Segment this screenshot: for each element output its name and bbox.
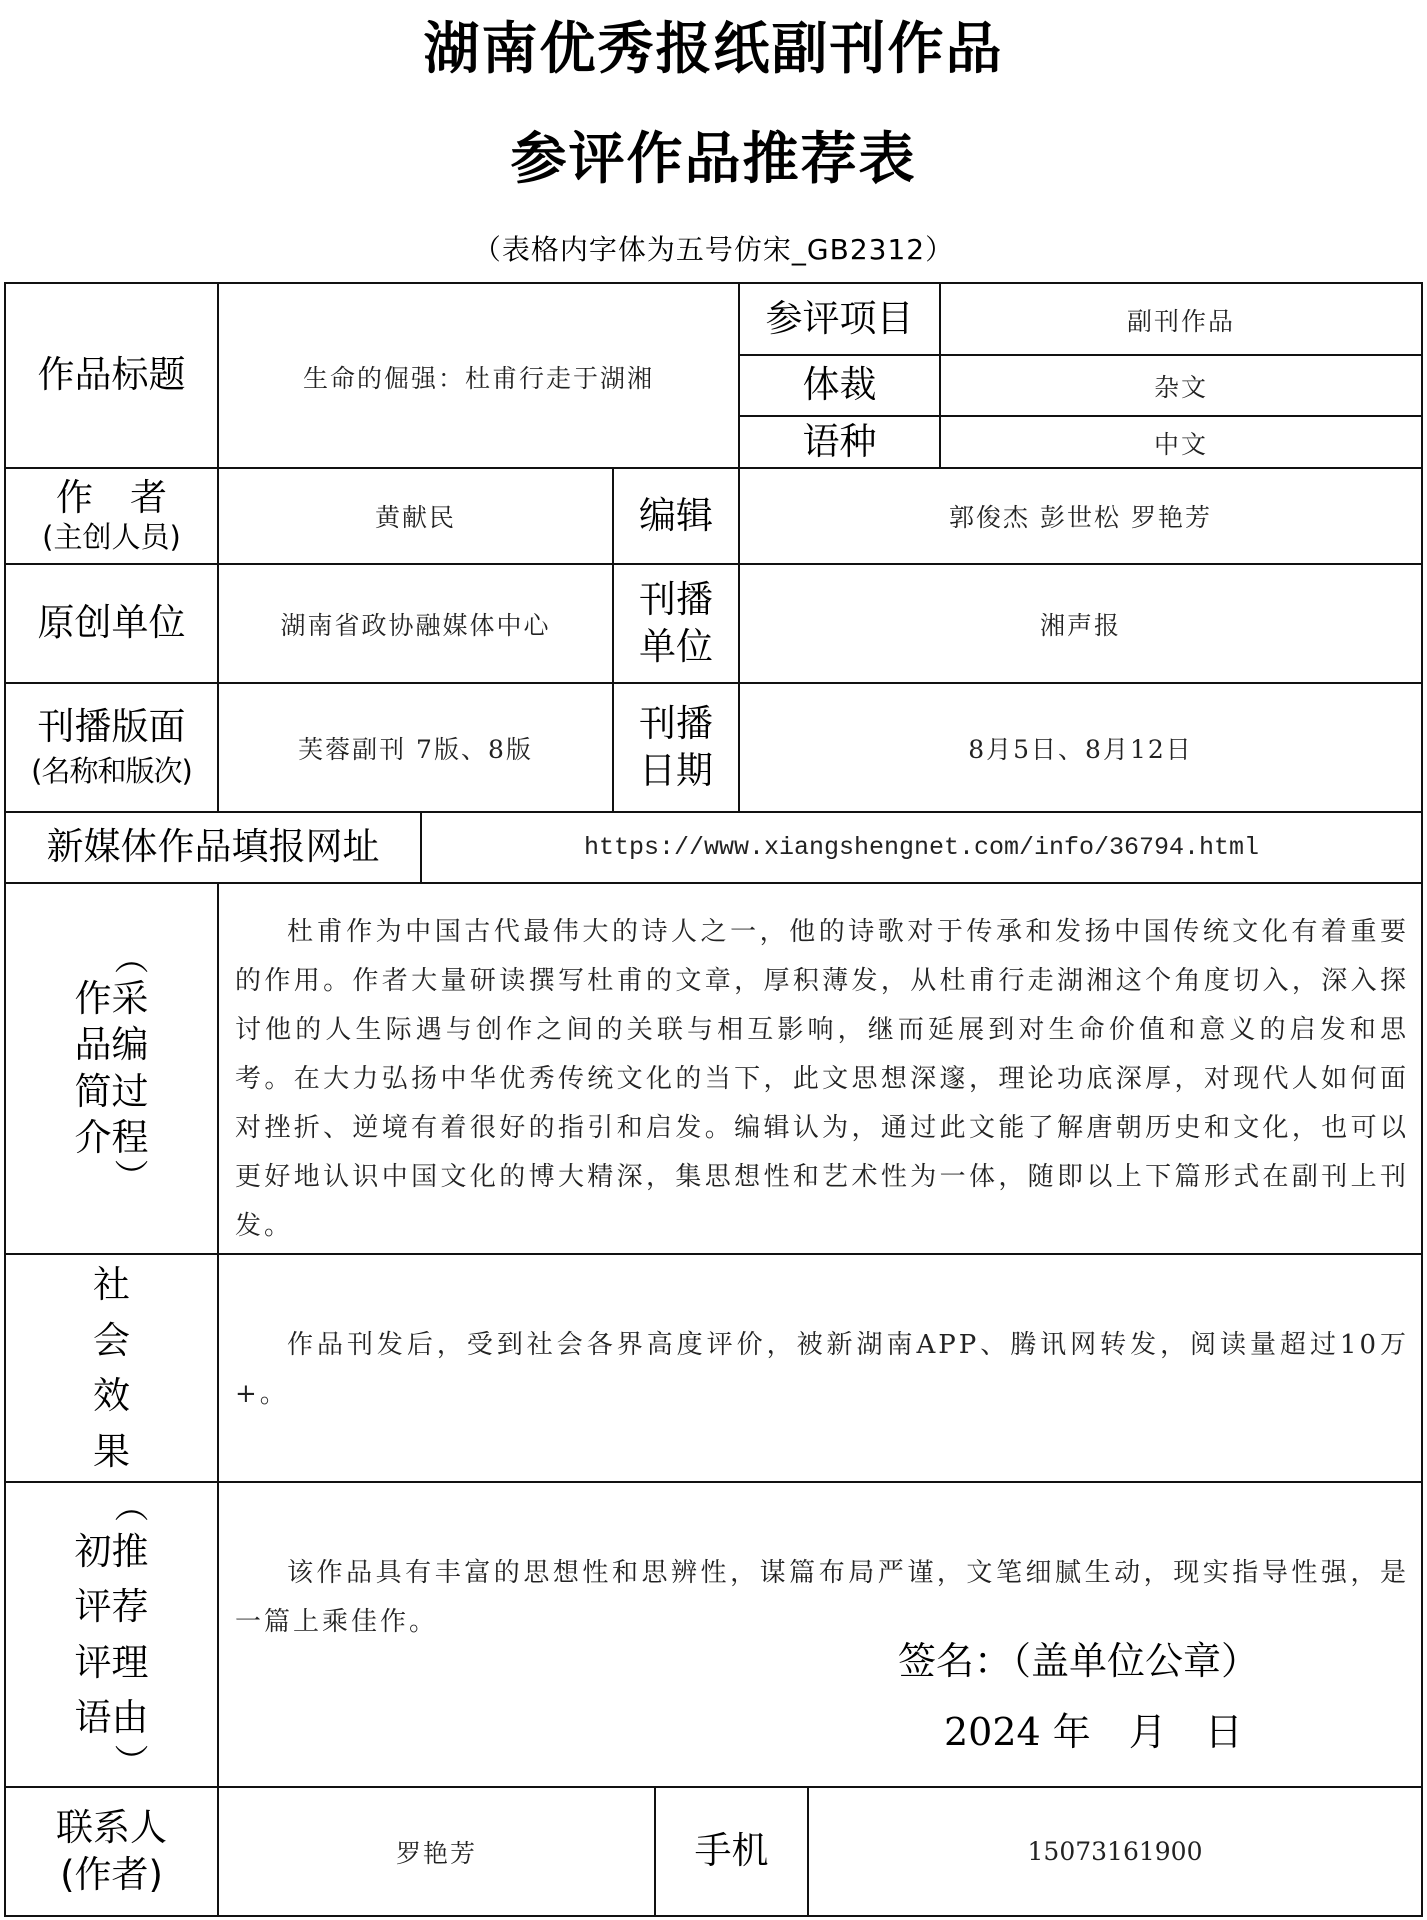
signature-date: 2024 年 月 日 <box>944 1713 1243 1751</box>
publish-page-label-sub: (名称和版次) <box>31 751 192 792</box>
language-value: 中文 <box>939 415 1423 469</box>
recommendation-label-col-left: 初 评 评 语 <box>75 1524 112 1746</box>
intro-label-char: 过 <box>112 1069 149 1115</box>
social-effect-text: 作品刊发后，受到社会各界高度评价，被新湖南APP、腾讯网转发，阅读量超过10万+… <box>235 1321 1409 1419</box>
intro-label-open-paren: ︵ <box>115 942 149 976</box>
contact-label-sub: (作者) <box>60 1852 163 1898</box>
work-title-label: 作品标题 <box>4 282 219 469</box>
language-label: 语种 <box>738 415 941 469</box>
form-title-line1: 湖南优秀报纸副刊作品 <box>0 22 1427 78</box>
publish-date-label: 刊播 日期 <box>612 682 740 813</box>
intro-label-char: 作 <box>75 976 112 1022</box>
intro-label-char: 采 <box>112 976 149 1022</box>
social-effect-label-char: 社 <box>93 1257 130 1313</box>
social-effect-label-char: 果 <box>93 1424 130 1480</box>
intro-text-cell: 杜甫作为中国古代最伟大的诗人之一，他的诗歌对于传承和发扬中国传统文化有着重要的作… <box>217 882 1423 1255</box>
intro-label-columns: 作 品 简 介 采 编 过 程 <box>75 976 149 1161</box>
new-media-url-label: 新媒体作品填报网址 <box>4 811 422 884</box>
editor-label: 编辑 <box>612 467 740 565</box>
form-title-line2: 参评作品推荐表 <box>0 132 1427 188</box>
publish-unit-label: 刊播 单位 <box>612 563 740 684</box>
recommendation-label-col-right: 推 荐 理 由 <box>112 1524 149 1746</box>
signature-stamp-line: 签名：（盖单位公章） <box>898 1642 1259 1680</box>
author-label-sub: (主创人员) <box>42 520 181 555</box>
contact-value: 罗艳芳 <box>217 1786 656 1917</box>
recommendation-label-char: 评 <box>75 1635 112 1691</box>
publish-date-label-line2: 日期 <box>639 748 713 794</box>
recommendation-label-close-paren: ︶ <box>115 1746 149 1780</box>
recommendation-label-char: 初 <box>75 1524 112 1580</box>
new-media-url-value[interactable]: https://www.xiangshengnet.com/info/36794… <box>420 811 1423 884</box>
intro-label-stack: ︵ 作 品 简 介 采 编 过 程 ︶ <box>75 942 149 1195</box>
recommendation-label: ︵ 初 评 评 语 推 荐 理 由 ︶ <box>4 1481 219 1788</box>
publish-page-value: 芙蓉副刊 7版、8版 <box>217 682 614 813</box>
social-effect-label-char: 会 <box>93 1313 130 1369</box>
category-value: 副刊作品 <box>939 282 1423 356</box>
publish-unit-label-line1: 刊播 <box>639 577 713 623</box>
recommendation-label-char: 评 <box>75 1579 112 1635</box>
original-unit-label: 原创单位 <box>4 563 219 684</box>
work-title-value: 生命的倔强：杜甫行走于湖湘 <box>217 282 740 469</box>
intro-text: 杜甫作为中国古代最伟大的诗人之一，他的诗歌对于传承和发扬中国传统文化有着重要的作… <box>235 908 1409 1251</box>
intro-label-col-right: 采 编 过 程 <box>112 976 149 1161</box>
social-effect-label-char: 效 <box>93 1368 130 1424</box>
author-label: 作 者 (主创人员) <box>4 467 219 565</box>
intro-label-char: 简 <box>75 1069 112 1115</box>
author-value: 黄献民 <box>217 467 614 565</box>
intro-label-close-paren: ︶ <box>115 1161 149 1195</box>
intro-label-char: 编 <box>112 1022 149 1068</box>
publish-page-label-main: 刊播版面 <box>38 703 186 751</box>
contact-label: 联系人 (作者) <box>4 1786 219 1917</box>
contact-label-main: 联系人 <box>56 1805 167 1851</box>
intro-label: ︵ 作 品 简 介 采 编 过 程 ︶ <box>4 882 219 1255</box>
category-label: 参评项目 <box>738 282 941 356</box>
phone-value: 15073161900 <box>807 1786 1423 1917</box>
phone-label: 手机 <box>654 1786 809 1917</box>
publish-date-label-line1: 刊播 <box>639 701 713 747</box>
intro-label-char: 介 <box>75 1115 112 1161</box>
publish-unit-label-line2: 单位 <box>639 624 713 670</box>
genre-value: 杂文 <box>939 354 1423 417</box>
publish-page-label: 刊播版面 (名称和版次) <box>4 682 219 813</box>
intro-label-char: 程 <box>112 1115 149 1161</box>
original-unit-value: 湖南省政协融媒体中心 <box>217 563 614 684</box>
intro-label-char: 品 <box>75 1022 112 1068</box>
recommendation-label-open-paren: ︵ <box>115 1490 149 1524</box>
font-note: （表格内字体为五号仿宋_GB2312） <box>0 236 1427 264</box>
recommendation-text: 该作品具有丰富的思想性和思辨性，谋篇布局严谨，文笔细腻生动，现实指导性强，是一篇… <box>235 1549 1409 1647</box>
recommendation-label-columns: 初 评 评 语 推 荐 理 由 <box>75 1524 149 1746</box>
recommendation-label-char: 理 <box>112 1635 149 1691</box>
social-effect-label-stack: 社 会 效 果 <box>93 1257 130 1479</box>
recommendation-label-char: 推 <box>112 1524 149 1580</box>
recommendation-label-char: 荐 <box>112 1579 149 1635</box>
recommendation-label-char: 由 <box>112 1690 149 1746</box>
social-effect-text-cell: 作品刊发后，受到社会各界高度评价，被新湖南APP、腾讯网转发，阅读量超过10万+… <box>217 1253 1423 1483</box>
recommendation-label-stack: ︵ 初 评 评 语 推 荐 理 由 ︶ <box>75 1490 149 1780</box>
publish-date-value: 8月5日、8月12日 <box>738 682 1423 813</box>
publish-unit-value: 湘声报 <box>738 563 1423 684</box>
genre-label: 体裁 <box>738 354 941 417</box>
recommendation-label-char: 语 <box>75 1690 112 1746</box>
editor-value: 郭俊杰 彭世松 罗艳芳 <box>738 467 1423 565</box>
intro-label-col-left: 作 品 简 介 <box>75 976 112 1161</box>
social-effect-label: 社 会 效 果 <box>4 1253 219 1483</box>
author-label-main: 作 者 <box>56 477 167 520</box>
